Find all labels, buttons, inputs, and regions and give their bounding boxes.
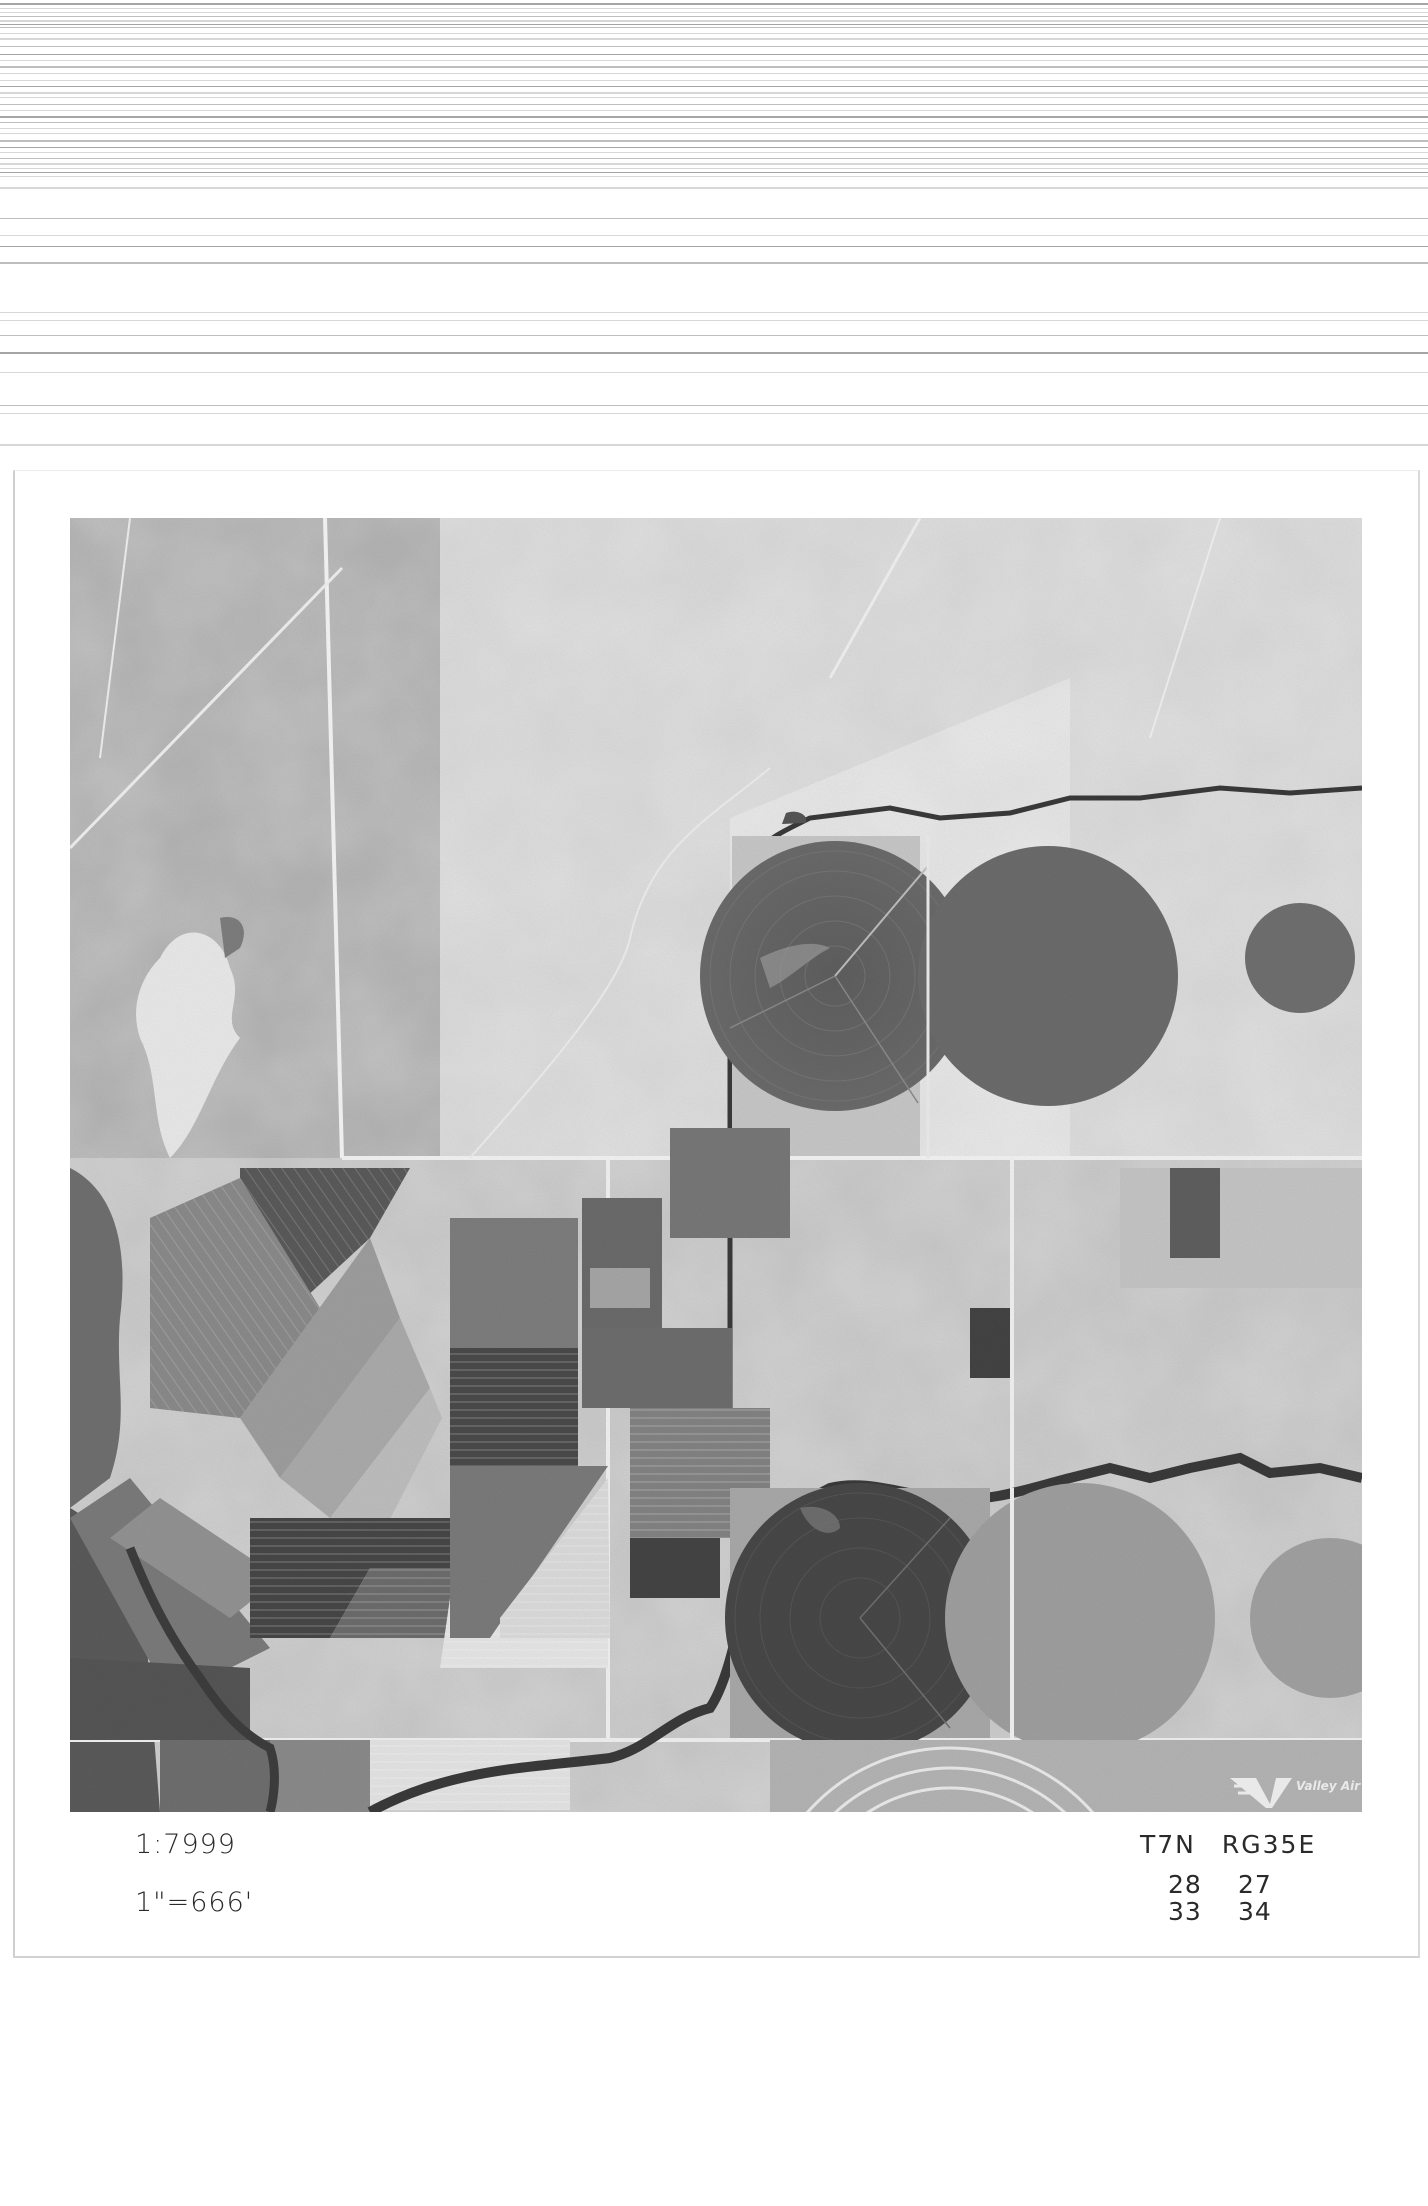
scan-line [0, 92, 1428, 94]
scan-line [0, 122, 1428, 123]
scan-line [0, 27, 1428, 28]
scan-line [0, 352, 1428, 354]
scan-line [0, 116, 1428, 118]
section-number: 27 [1238, 1871, 1308, 1898]
watermark-text: Valley Air [1296, 1779, 1361, 1793]
section-number: 33 [1168, 1898, 1238, 1925]
scan-line [0, 20, 1428, 22]
scan-line [0, 46, 1428, 47]
scan-line [0, 33, 1428, 34]
scan-line [0, 187, 1428, 189]
scan-line [0, 110, 1428, 111]
scan-line [0, 413, 1428, 414]
scan-line [0, 152, 1428, 153]
scale-equivalence: 1"=666' [135, 1884, 253, 1922]
scan-line [0, 128, 1428, 129]
scan-line [0, 104, 1428, 105]
scan-line [0, 3, 1428, 5]
scan-line [0, 246, 1428, 247]
scan-line [0, 172, 1428, 173]
scan-line [0, 235, 1428, 236]
scan-line [0, 158, 1428, 159]
aerial-photo-image: Valley Air [70, 518, 1362, 1812]
scan-line [0, 16, 1428, 17]
scan-line [0, 163, 1428, 165]
scan-line [0, 60, 1428, 61]
scan-line [0, 12, 1428, 13]
scan-line [0, 80, 1428, 81]
scan-line [0, 372, 1428, 373]
scan-line [0, 97, 1428, 98]
scale-annotation: 1:7999 1"=666' [135, 1826, 253, 1922]
scan-line [0, 320, 1428, 321]
scan-line [0, 335, 1428, 336]
township-label: T7N [1140, 1830, 1196, 1859]
section-number: 28 [1168, 1871, 1238, 1898]
scan-line [0, 8, 1428, 9]
scan-line [0, 38, 1428, 40]
aerial-photo[interactable]: Valley Air [70, 518, 1362, 1812]
scan-line [0, 262, 1428, 264]
township-range-title: T7NRG35E [1140, 1830, 1316, 1859]
scan-line [0, 444, 1428, 446]
scan-artifact-band [0, 0, 1428, 450]
scale-ratio: 1:7999 [135, 1826, 253, 1864]
section-number: 34 [1238, 1898, 1308, 1925]
scan-line [0, 218, 1428, 219]
scan-line [0, 147, 1428, 148]
scan-line [0, 140, 1428, 142]
scan-line [0, 312, 1428, 313]
scan-line [0, 168, 1428, 169]
scan-line [0, 24, 1428, 25]
range-label: RG35E [1222, 1830, 1316, 1859]
section-grid: 28 27 33 34 [1168, 1871, 1316, 1925]
scan-line [0, 54, 1428, 55]
scan-line [0, 66, 1428, 68]
scan-line [0, 73, 1428, 74]
township-range-block: T7NRG35E 28 27 33 34 [1140, 1830, 1316, 1925]
scan-line [0, 176, 1428, 177]
scan-line [0, 86, 1428, 87]
scan-line [0, 405, 1428, 406]
scan-line [0, 133, 1428, 134]
